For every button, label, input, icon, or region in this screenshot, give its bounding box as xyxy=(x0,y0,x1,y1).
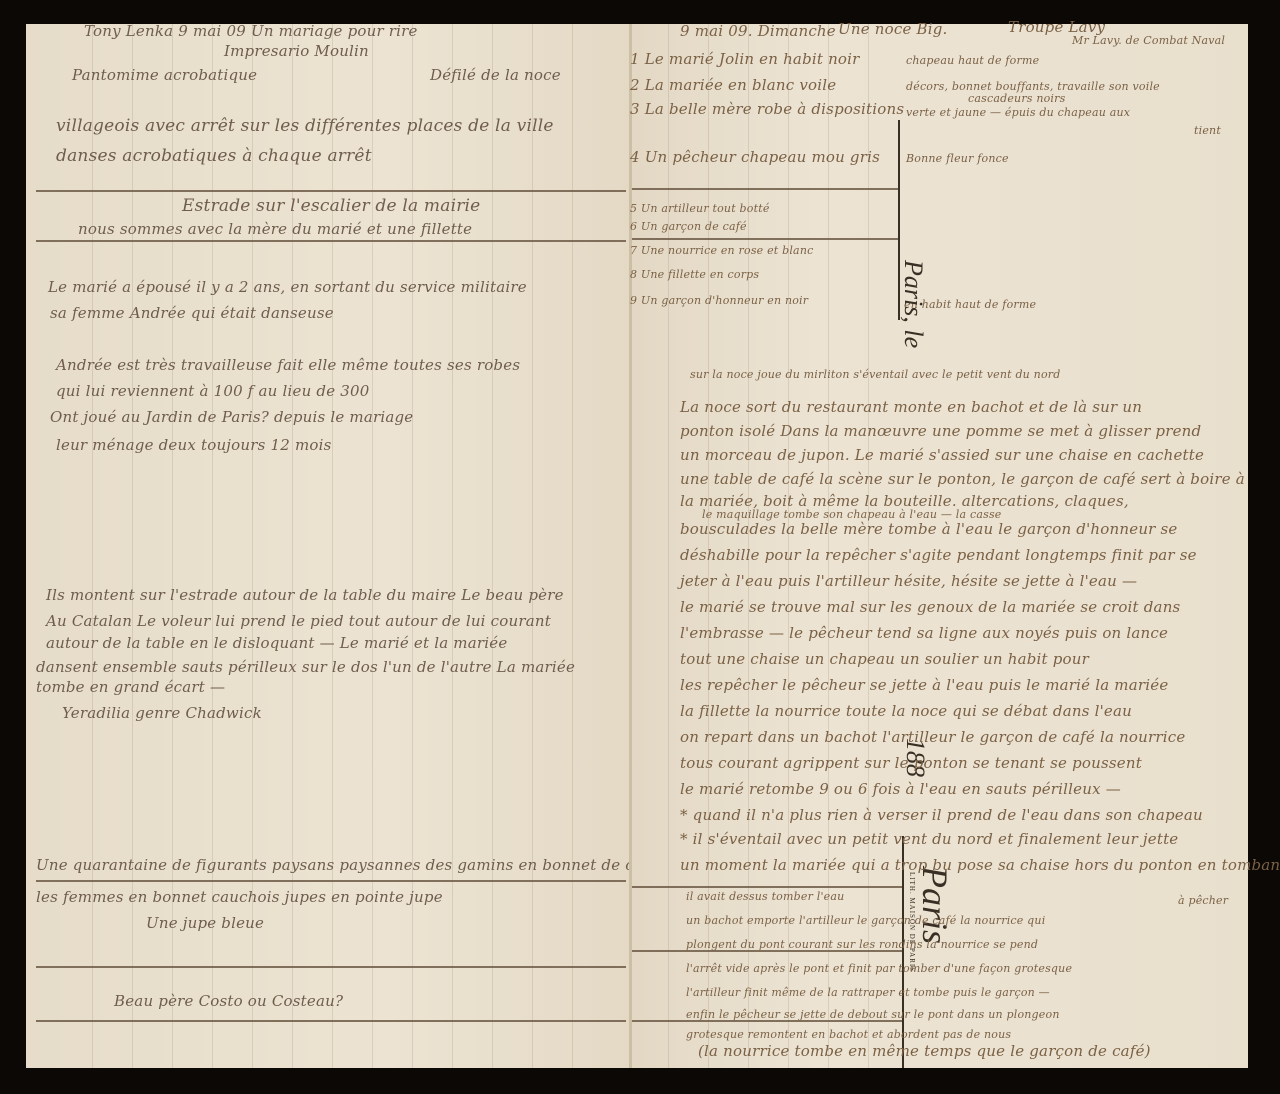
narrative-line: l'arrêt vide après le pont et finit par … xyxy=(686,962,1072,975)
text-line: villageois avec arrêt sur les différente… xyxy=(56,116,554,136)
text-line: tombe en grand écart — xyxy=(36,678,225,696)
text-line: Une jupe bleue xyxy=(146,914,264,932)
letterhead-place-bottom: Paris xyxy=(914,866,956,944)
divider-line xyxy=(632,238,898,240)
genre-line: Pantomime acrobatique xyxy=(72,66,257,84)
ruled-column-line xyxy=(332,24,333,1068)
impresario-line: Impresario Moulin xyxy=(224,42,369,60)
text-line: Ils montent sur l'estrade autour de la t… xyxy=(46,586,564,604)
ruled-column-line xyxy=(252,24,253,1068)
cast-item: 6 Un garçon de café xyxy=(630,220,747,233)
letterhead-place: Paris, le xyxy=(898,260,928,348)
ruled-column-line xyxy=(372,24,373,1068)
ruled-column-line xyxy=(572,24,573,1068)
narrative-line: * quand il n'a plus rien à verser il pre… xyxy=(680,806,1203,824)
cast-item: 4 Un pêcheur chapeau mou gris xyxy=(630,148,880,166)
text-line: danses acrobatiques à chaque arrêt xyxy=(56,146,372,166)
divider-line xyxy=(36,240,626,242)
text-line: qui lui reviennent à 100 f au lieu de 30… xyxy=(56,382,369,400)
defile-line: Défilé de la noce xyxy=(430,66,561,84)
text-line: Andrée est très travailleuse fait elle m… xyxy=(56,356,520,374)
troupe-note: Mr Lavy. de Combat Naval xyxy=(1072,34,1225,47)
cast-item: 3 La belle mère robe à dispositions xyxy=(630,100,904,118)
text-line: dansent ensemble sauts périlleux sur le … xyxy=(36,658,575,676)
narrative-line: le marié se trouve mal sur les genoux de… xyxy=(680,598,1180,616)
cast-item: 5 Un artilleur tout botté xyxy=(630,202,770,215)
ruled-column-line xyxy=(452,24,453,1068)
cast-item: 8 Une fillette en corps xyxy=(630,268,759,281)
ruled-column-line xyxy=(132,24,133,1068)
narrative-line: * il s'éventail avec un petit vent du no… xyxy=(680,830,1178,848)
divider-line xyxy=(36,190,626,192)
narrative-line: ponton isolé Dans la manœuvre une pomme … xyxy=(680,422,1201,440)
ruled-column-line xyxy=(412,24,413,1068)
ruled-column-line xyxy=(492,24,493,1068)
cast-note: cascadeurs noirs xyxy=(968,92,1065,105)
text-line: leur ménage deux toujours 12 mois xyxy=(56,436,332,454)
narrative-line: déshabille pour la repêcher s'agite pend… xyxy=(680,546,1197,564)
narrative-line: grotesque remontent en bachot et aborden… xyxy=(686,1028,1011,1041)
text-line: Au Catalan Le voleur lui prend le pied t… xyxy=(46,612,551,630)
notebook-spread: Tony Lenka 9 mai 09 Un mariage pour rire… xyxy=(26,24,1248,1068)
cast-note: chapeau haut de forme xyxy=(906,54,1039,67)
divider-line xyxy=(36,966,626,968)
narrative-line: l'embrasse — le pêcheur tend sa ligne au… xyxy=(680,624,1168,642)
narrative-line: enfin le pêcheur se jette de debout sur … xyxy=(686,1008,1060,1021)
text-line: Yeradilia genre Chadwick xyxy=(62,704,262,722)
narrative-line: La noce sort du restaurant monte en bach… xyxy=(680,398,1142,416)
narrative-line: un moment la mariée qui a trop bu pose s… xyxy=(680,856,1280,874)
narrative-insert: à pêcher xyxy=(1178,894,1228,907)
ruled-column-line xyxy=(668,24,669,1068)
narrative-line: tout une chaise un chapeau un soulier un… xyxy=(680,650,1089,668)
entry-title: Une noce Big. xyxy=(838,20,947,38)
ruled-column-line xyxy=(532,24,533,1068)
narrative-line: tous courant agrippent sur le ponton se … xyxy=(680,754,1142,772)
narrative-line: un morceau de jupon. Le marié s'assied s… xyxy=(680,446,1204,464)
narrative-line: sur la noce joue du mirliton s'éventail … xyxy=(690,368,1060,381)
text-line: Une quarantaine de figurants paysans pay… xyxy=(36,856,668,874)
text-line: les femmes en bonnet cauchois jupes en p… xyxy=(36,888,443,906)
ruled-column-line xyxy=(92,24,93,1068)
cast-note: Bonne fleur fonce xyxy=(906,152,1009,165)
divider-line xyxy=(36,880,626,882)
cast-note: tient xyxy=(1194,124,1221,137)
text-line: Beau père Costo ou Costeau? xyxy=(114,992,343,1010)
text-line: nous sommes avec la mère du marié et une… xyxy=(78,220,472,238)
narrative-line: on repart dans un bachot l'artilleur le … xyxy=(680,728,1185,746)
cast-item: 9 Un garçon d'honneur en noir xyxy=(630,294,808,307)
left-page: Tony Lenka 9 mai 09 Un mariage pour rire… xyxy=(26,24,632,1068)
text-line: sa femme Andrée qui était danseuse xyxy=(50,304,334,322)
divider-line xyxy=(632,188,898,190)
cast-note: verte et jaune — épuis du chapeau aux xyxy=(906,106,1130,119)
narrative-line: bousculades la belle mère tombe à l'eau … xyxy=(680,520,1178,538)
text-line: Le marié a épousé il y a 2 ans, en sorta… xyxy=(48,278,527,296)
cast-item: 7 Une nourrice en rose et blanc xyxy=(630,244,813,257)
ruled-column-line xyxy=(172,24,173,1068)
cast-item: 1 Le marié Jolin en habit noir xyxy=(630,50,860,68)
narrative-closing: (la nourrice tombe en même temps que le … xyxy=(698,1042,1151,1060)
narrative-line: une table de café la scène sur le ponton… xyxy=(680,470,1245,488)
divider-line xyxy=(36,1020,626,1022)
cast-item: 2 La mariée en blanc voile xyxy=(630,76,836,94)
text-line: autour de la table en le disloquant — Le… xyxy=(46,634,507,652)
right-page: 9 mai 09. Dimanche Une noce Big. Troupe … xyxy=(632,24,1248,1068)
entry-date: 9 mai 09. Dimanche xyxy=(680,22,836,40)
ruled-column-line xyxy=(212,24,213,1068)
section-heading: Estrade sur l'escalier de la mairie xyxy=(182,196,480,216)
text-line: Ont joué au Jardin de Paris? depuis le m… xyxy=(50,408,413,426)
entry-title: Tony Lenka 9 mai 09 Un mariage pour rire xyxy=(84,22,418,40)
narrative-line: plongent du pont courant sur les rondins… xyxy=(686,938,1038,951)
narrative-line: jeter à l'eau puis l'artilleur hésite, h… xyxy=(680,572,1137,590)
narrative-line: le marié retombe 9 ou 6 fois à l'eau en … xyxy=(680,780,1121,798)
divider-line xyxy=(632,886,902,888)
narrative-line: les repêcher le pêcheur se jette à l'eau… xyxy=(680,676,1168,694)
narrative-line: un bachot emporte l'artilleur le garçon … xyxy=(686,914,1246,927)
narrative-line: la fillette la nourrice toute la noce qu… xyxy=(680,702,1132,720)
narrative-line: l'artilleur finit même de la rattraper e… xyxy=(686,986,1050,999)
narrative-line: il avait dessus tomber l'eau xyxy=(686,890,844,903)
ruled-column-line xyxy=(292,24,293,1068)
